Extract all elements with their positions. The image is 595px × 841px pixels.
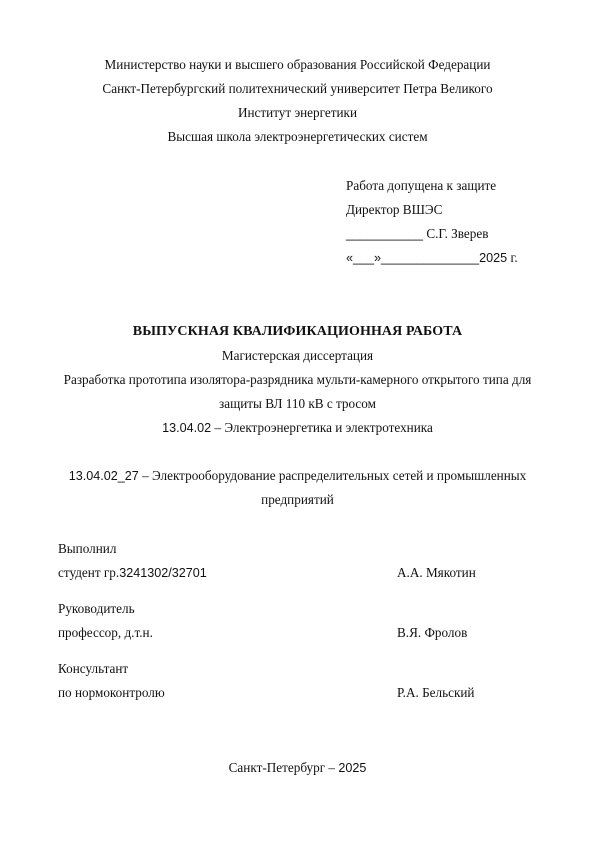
footer-city: Санкт-Петербург – xyxy=(229,760,339,775)
student-group-prefix: студент гр. xyxy=(58,565,119,580)
supervisor-name: В.Я. Фролов xyxy=(397,625,467,641)
ministry-line: Министерство науки и высшего образования… xyxy=(0,57,595,73)
consultant-name: Р.А. Бельский xyxy=(397,685,475,701)
signature-blank: ___________ xyxy=(346,227,423,241)
student-name: А.А. Мякотин xyxy=(397,565,476,581)
footer-year: 2025 xyxy=(338,761,366,775)
date-suffix: г. xyxy=(507,250,518,265)
student-group: студент гр.3241302/32701 xyxy=(58,565,207,581)
direction-code: 13.04.02 xyxy=(162,421,211,435)
document-title: ВЫПУСКНАЯ КВАЛИФИКАЦИОННАЯ РАБОТА xyxy=(0,324,595,340)
student-group-number: 3241302/32701 xyxy=(119,566,207,580)
consultant-area: по нормоконтролю xyxy=(58,685,165,701)
profile-line-1: 13.04.02_27 – Электрооборудование распре… xyxy=(0,468,595,484)
profile-name: – Электрооборудование распределительных … xyxy=(139,468,526,483)
school-line: Высшая школа электроэнергетических систе… xyxy=(0,129,595,145)
approval-date: «___»______________2025 г. xyxy=(346,250,518,266)
date-open-quote: « xyxy=(346,251,353,265)
consultant-role: Консультант xyxy=(58,661,128,677)
direction-line: 13.04.02 – Электроэнергетика и электроте… xyxy=(0,420,595,436)
date-day-blank: ___ xyxy=(353,251,374,265)
approval-admitted: Работа допущена к защите xyxy=(346,178,496,194)
approval-director-signature: ___________ С.Г. Зверев xyxy=(346,226,488,242)
topic-line-2: защиты ВЛ 110 кВ с тросом xyxy=(0,396,595,412)
profile-line-2: предприятий xyxy=(0,492,595,508)
student-role: Выполнил xyxy=(58,541,116,557)
footer-city-year: Санкт-Петербург – 2025 xyxy=(0,760,595,776)
supervisor-title: профессор, д.т.н. xyxy=(58,625,153,641)
date-year: 2025 xyxy=(479,251,507,265)
supervisor-role: Руководитель xyxy=(58,601,135,617)
work-type: Магистерская диссертация xyxy=(0,348,595,364)
institute-line: Институт энергетики xyxy=(0,105,595,121)
profile-code: 13.04.02_27 xyxy=(69,469,139,483)
university-line: Санкт-Петербургский политехнический унив… xyxy=(0,81,595,97)
approval-director-title: Директор ВШЭС xyxy=(346,202,442,218)
direction-name: – Электроэнергетика и электротехника xyxy=(211,420,433,435)
director-name: С.Г. Зверев xyxy=(426,226,488,241)
topic-line-1: Разработка прототипа изолятора-разрядник… xyxy=(0,372,595,388)
date-month-blank: ______________ xyxy=(381,251,479,265)
date-close-quote: » xyxy=(374,251,381,265)
